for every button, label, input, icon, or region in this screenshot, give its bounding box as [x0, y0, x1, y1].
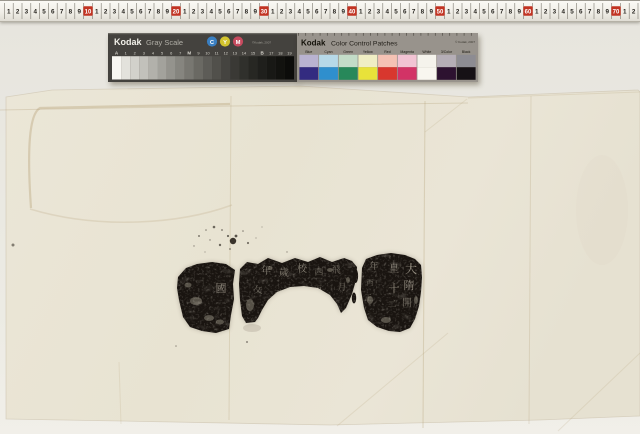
gray-patch: [276, 56, 285, 79]
color-patch-label: Blue: [305, 50, 312, 54]
gray-patch: [203, 56, 212, 79]
ruler-number: 5: [130, 9, 134, 16]
gray-patch: [176, 56, 185, 79]
gray-patch: [130, 56, 139, 79]
color-patch-tint: [398, 55, 417, 67]
rubbing-glyph-right-stele: 開: [402, 297, 412, 309]
backing-paper-sheet: [6, 86, 640, 425]
paper-discoloration: [576, 155, 628, 265]
rubbing-glyph-right-stele: 丙: [367, 279, 374, 287]
ruler-number: 4: [561, 9, 565, 16]
color-patch-solid: [339, 67, 358, 80]
ruler-number: 4: [121, 9, 125, 16]
gray-step-label: 17: [269, 50, 273, 55]
ruler-number: 1: [623, 9, 627, 16]
color-target-title: Color Control Patches: [331, 41, 398, 48]
color-patch-tint: [299, 55, 318, 67]
color-patch-label: Black: [462, 50, 471, 54]
gray-patch: [158, 56, 167, 79]
ruler-number: 8: [69, 9, 73, 16]
color-patch-tint: [378, 55, 397, 67]
color-patch-label: 3/Color: [441, 50, 453, 54]
ruler-number: 4: [209, 9, 213, 16]
ruler-number: 5: [218, 9, 222, 16]
ruler-number: 6: [403, 9, 407, 16]
ruler-number: 9: [341, 9, 345, 16]
ruler-decade-number: 10: [85, 9, 92, 15]
ruler-number: 2: [544, 9, 548, 16]
gray-target-brand: Kodak: [114, 37, 143, 47]
color-target-brand: Kodak: [301, 39, 326, 48]
color-patch-tint: [417, 55, 436, 67]
gray-step-label: M: [187, 50, 191, 55]
color-patch-solid: [378, 67, 397, 80]
ruler-number: 5: [482, 9, 486, 16]
gray-patch: [148, 56, 157, 79]
gray-patch: [185, 56, 194, 79]
color-patch-tint: [457, 55, 476, 67]
ruler-number: 5: [306, 9, 310, 16]
gray-step-label: 2: [134, 50, 136, 55]
rubbing-glyph-right-stele: 年: [369, 260, 378, 272]
ruler-number: 1: [95, 9, 99, 16]
ruler-number: 2: [456, 9, 460, 16]
gray-step-label: 7: [179, 50, 181, 55]
ruler-number: 9: [77, 9, 81, 16]
ruler-decade-number: 20: [173, 9, 180, 15]
rubbing-glyph-right-stele: 皇: [389, 262, 399, 275]
ruler: 1234567891012345678920123456789301234567…: [0, 0, 640, 22]
ruler-number: 5: [570, 9, 574, 16]
gray-step-label: 15: [251, 50, 255, 55]
gray-patch: [139, 56, 148, 79]
gray-step-label: 3: [143, 50, 145, 55]
ruler-number: 7: [588, 9, 592, 16]
gray-patch: [121, 56, 130, 79]
gray-step-label: 9: [197, 50, 199, 55]
gray-step-label: 12: [224, 50, 228, 55]
ruler-number: 3: [377, 9, 381, 16]
ruler-number: 1: [7, 9, 11, 16]
gray-step-label: 1: [125, 50, 127, 55]
ruler-number: 7: [500, 9, 504, 16]
ruler-number: 6: [315, 9, 319, 16]
ruler-decade-number: 70: [613, 9, 620, 15]
rubbing-glyph-middle-lintel: 年: [261, 264, 271, 277]
ruler-number: 3: [201, 9, 205, 16]
ruler-number: 3: [113, 9, 117, 16]
gray-target-title: Gray Scale: [146, 38, 183, 47]
ink-smudge: [243, 324, 261, 332]
ruler-number: 3: [465, 9, 469, 16]
artwork-layer: 國年歲校西飛攵正丙月大隋開皇十二年丙正: [0, 22, 640, 434]
gray-step-label: 19: [287, 50, 291, 55]
color-patch-label: White: [422, 50, 431, 54]
color-patch-label: Green: [343, 50, 353, 54]
gray-patch: [239, 56, 248, 79]
ruler-number: 6: [491, 9, 495, 16]
ruler-number: 9: [429, 9, 433, 16]
ruler-number: 4: [473, 9, 477, 16]
color-patch-tint: [437, 55, 456, 67]
color-patch-label: Red: [384, 50, 390, 54]
gray-patch: [230, 56, 239, 79]
rubbing-glyph-left-seal: 國: [216, 282, 227, 295]
kodak-gray-scale-target: Kodak Gray Scale ©Kodak, 2007 CYMA123456…: [108, 33, 298, 82]
rubbing-glyph-middle-lintel: 飛: [331, 265, 340, 276]
rubbing-glyph-right-stele: 大: [405, 261, 417, 276]
ruler-number: 6: [139, 9, 143, 16]
ruler-number: 9: [605, 9, 609, 16]
gray-step-label: 11: [215, 50, 219, 55]
ruler-number: 2: [192, 9, 196, 16]
ruler-number: 4: [385, 9, 389, 16]
ruler-number: 1: [183, 9, 187, 16]
gray-patch: [212, 56, 221, 79]
ruler-number: 4: [297, 9, 301, 16]
gray-patch: [285, 56, 294, 79]
color-patch-solid: [358, 67, 377, 80]
ruler-number: 3: [25, 9, 29, 16]
ruler-number: 1: [359, 9, 363, 16]
ruler-number: 7: [60, 9, 64, 16]
ruler-number: 8: [421, 9, 425, 16]
gray-patch: [112, 56, 121, 79]
ruler-decade-number: 50: [437, 9, 444, 15]
ruler-number: 2: [368, 9, 372, 16]
ruler-number: 7: [148, 9, 152, 16]
gray-patch: [267, 56, 276, 79]
ruler-number: 2: [632, 9, 636, 16]
gray-patch: [167, 56, 176, 79]
ruler-decade-number: 60: [525, 9, 532, 15]
rubbing-glyph-middle-lintel: 西: [314, 267, 323, 278]
ruler-number: 6: [227, 9, 231, 16]
gray-patch: [249, 56, 258, 79]
gray-step-label: 6: [170, 50, 172, 55]
ruler-number: 3: [289, 9, 293, 16]
ruler-number: 1: [535, 9, 539, 16]
ruler-number: 2: [104, 9, 108, 16]
ruler-number: 4: [33, 9, 37, 16]
rubbing-glyph-right-stele: 二: [387, 300, 396, 310]
ruler-number: 7: [324, 9, 328, 16]
color-patch-tint: [358, 55, 377, 67]
rubbing-glyph-middle-lintel: 校: [297, 262, 308, 275]
color-patch-solid: [457, 67, 476, 80]
ruler-number: 8: [245, 9, 249, 16]
color-patch-solid: [417, 67, 436, 80]
gray-patch: [221, 56, 230, 79]
ruler-number: 8: [333, 9, 337, 16]
ruler-number: 2: [280, 9, 284, 16]
ruler-number: 7: [236, 9, 240, 16]
color-patch-label: Cyan: [324, 50, 332, 54]
gray-step-label: 5: [161, 50, 163, 55]
ruler-number: 6: [579, 9, 583, 16]
ruler-decade-number: 30: [261, 9, 268, 15]
color-patch-label: Yellow: [363, 50, 373, 54]
color-patch-solid: [437, 67, 456, 80]
rubbing-glyph-right-stele: 十: [389, 281, 400, 295]
color-patch-tint: [339, 55, 358, 67]
ruler-number: 5: [42, 9, 46, 16]
gray-patch: [194, 56, 203, 79]
color-patch-solid: [299, 67, 318, 80]
kodak-color-control-target: Kodak Color Control Patches © Kodak, 200…: [297, 33, 478, 82]
ruler-decade-number: 40: [349, 9, 356, 15]
rubbing-glyph-right-stele: 正: [365, 294, 372, 302]
ruler-number: 5: [394, 9, 398, 16]
ruler-number: 7: [412, 9, 416, 16]
rubbing-glyph-right-stele: 隋: [404, 278, 415, 292]
gray-patch: [258, 56, 267, 79]
rubbing-glyph-middle-lintel: 攵: [253, 284, 262, 296]
rubbing-glyph-middle-lintel: 歲: [279, 266, 289, 279]
ruler-number: 9: [517, 9, 521, 16]
dot-label: M: [236, 40, 241, 46]
color-patch-solid: [398, 67, 417, 80]
ruler-number: 1: [447, 9, 451, 16]
ruler-number: 1: [271, 9, 275, 16]
ruler-number: 2: [16, 9, 20, 16]
color-patch-label: Magenta: [400, 50, 414, 54]
color-target-note: © Kodak, 2007: [455, 40, 475, 44]
ruler-number: 8: [597, 9, 601, 16]
color-patch-tint: [319, 55, 338, 67]
dot-label: Y: [223, 40, 227, 46]
ruler-number: 8: [509, 9, 513, 16]
digitized-rubbing-photo: 國年歲校西飛攵正丙月大隋開皇十二年丙正 Kodak Gray Scale ©Ko…: [0, 0, 640, 434]
rubbing-glyph-middle-lintel: 月: [337, 282, 346, 293]
ruler-number: 8: [157, 9, 161, 16]
ruler-number: 6: [51, 9, 55, 16]
ruler-number: 3: [553, 9, 557, 16]
color-patch-solid: [319, 67, 338, 80]
ruler-number: 9: [253, 9, 257, 16]
gray-target-note: ©Kodak, 2007: [252, 41, 271, 45]
gray-step-label: 13: [233, 50, 237, 55]
gray-step-label: 18: [278, 50, 282, 55]
ruler-number: 9: [165, 9, 169, 16]
